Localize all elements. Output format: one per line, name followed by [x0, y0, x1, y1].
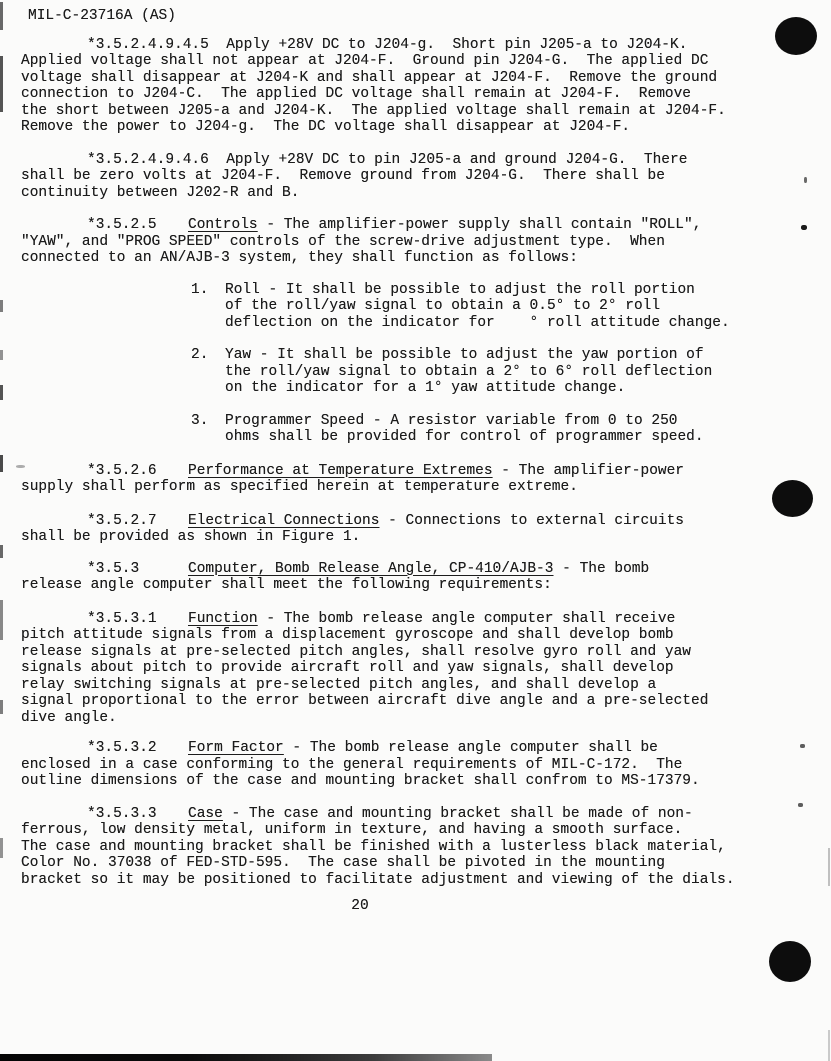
- registration-dot-middle: [772, 480, 813, 517]
- scan-speck: [801, 225, 807, 230]
- document-page: MIL-C-23716A (AS) *3.5.2.4.9.4.5 Apply +…: [0, 0, 831, 1061]
- section-heading: Computer, Bomb Release Angle, CP-410/AJB…: [188, 561, 553, 577]
- section-number: *3.5.2.7: [87, 513, 188, 530]
- section-number: *3.5.3: [87, 561, 188, 578]
- section-heading: Electrical Connections: [188, 513, 379, 529]
- section-number: *3.5.2.4.9.4.5: [87, 37, 209, 54]
- scan-speck: [798, 803, 803, 807]
- section-heading: Function: [188, 611, 258, 627]
- scan-edge-mark: [0, 2, 3, 30]
- para-3-5-2-4-9-4-5: *3.5.2.4.9.4.5 Apply +28V DC to J204-g. …: [21, 37, 757, 136]
- scan-edge-mark: [0, 838, 3, 858]
- section-number: *3.5.2.4.9.4.6: [87, 152, 209, 169]
- scan-edge-mark: [0, 455, 3, 472]
- scan-speck: [800, 744, 805, 748]
- para-3-5-2-6-performance: *3.5.2.6Performance at Temperature Extre…: [21, 463, 757, 496]
- para-3-5-2-5-controls: *3.5.2.5Controls - The amplifier-power s…: [21, 217, 757, 267]
- list-item-text: Roll - It shall be possible to adjust th…: [225, 282, 730, 332]
- page-number: 20: [21, 898, 699, 915]
- scan-edge-mark: [828, 848, 830, 886]
- list-item-text: Yaw - It shall be possible to adjust the…: [225, 347, 712, 397]
- registration-dot-bottom: [769, 941, 811, 982]
- section-heading: Case: [188, 806, 223, 822]
- page-content: MIL-C-23716A (AS) *3.5.2.4.9.4.5 Apply +…: [21, 8, 757, 915]
- section-heading: Form Factor: [188, 740, 284, 756]
- registration-dot-top: [775, 17, 817, 55]
- scan-bottom-bar: [0, 1054, 492, 1061]
- para-3-5-2-7-electrical-connections: *3.5.2.7Electrical Connections - Connect…: [21, 513, 757, 546]
- list-item-number: 1.: [191, 282, 225, 332]
- controls-list: 1. Roll - It shall be possible to adjust…: [21, 282, 757, 446]
- para-3-5-3-1-function: *3.5.3.1Function - The bomb release angl…: [21, 611, 757, 727]
- section-text: - The bomb release angle computer shall …: [21, 611, 708, 726]
- scan-edge-mark: [0, 300, 3, 312]
- scan-speck: [16, 465, 25, 468]
- section-number: *3.5.2.5: [87, 217, 188, 234]
- list-item-text: Programmer Speed - A resistor variable f…: [225, 413, 704, 446]
- list-item-number: 2.: [191, 347, 225, 397]
- para-3-5-3-3-case: *3.5.3.3Case - The case and mounting bra…: [21, 806, 757, 889]
- scan-edge-mark: [0, 545, 3, 558]
- section-heading: Performance at Temperature Extremes: [188, 463, 493, 479]
- list-item-yaw: 2. Yaw - It shall be possible to adjust …: [191, 347, 757, 397]
- scan-edge-mark: [0, 350, 3, 360]
- section-number: *3.5.3.3: [87, 806, 188, 823]
- section-number: *3.5.3.1: [87, 611, 188, 628]
- list-item-roll: 1. Roll - It shall be possible to adjust…: [191, 282, 757, 332]
- para-3-5-2-4-9-4-6: *3.5.2.4.9.4.6 Apply +28V DC to pin J205…: [21, 152, 757, 202]
- scan-edge-mark: [0, 56, 3, 112]
- list-item-number: 3.: [191, 413, 225, 446]
- para-3-5-3-computer: *3.5.3Computer, Bomb Release Angle, CP-4…: [21, 561, 757, 594]
- scan-speck: [804, 177, 807, 183]
- scan-edge-mark: [0, 600, 3, 640]
- document-id: MIL-C-23716A (AS): [28, 8, 757, 25]
- section-heading: Controls: [188, 217, 258, 233]
- para-3-5-3-2-form-factor: *3.5.3.2Form Factor - The bomb release a…: [21, 740, 757, 790]
- section-number: *3.5.3.2: [87, 740, 188, 757]
- scan-edge-mark: [828, 1030, 830, 1061]
- scan-edge-mark: [0, 700, 3, 714]
- section-number: *3.5.2.6: [87, 463, 188, 480]
- scan-edge-mark: [0, 385, 3, 400]
- list-item-programmer-speed: 3. Programmer Speed - A resistor variabl…: [191, 413, 757, 446]
